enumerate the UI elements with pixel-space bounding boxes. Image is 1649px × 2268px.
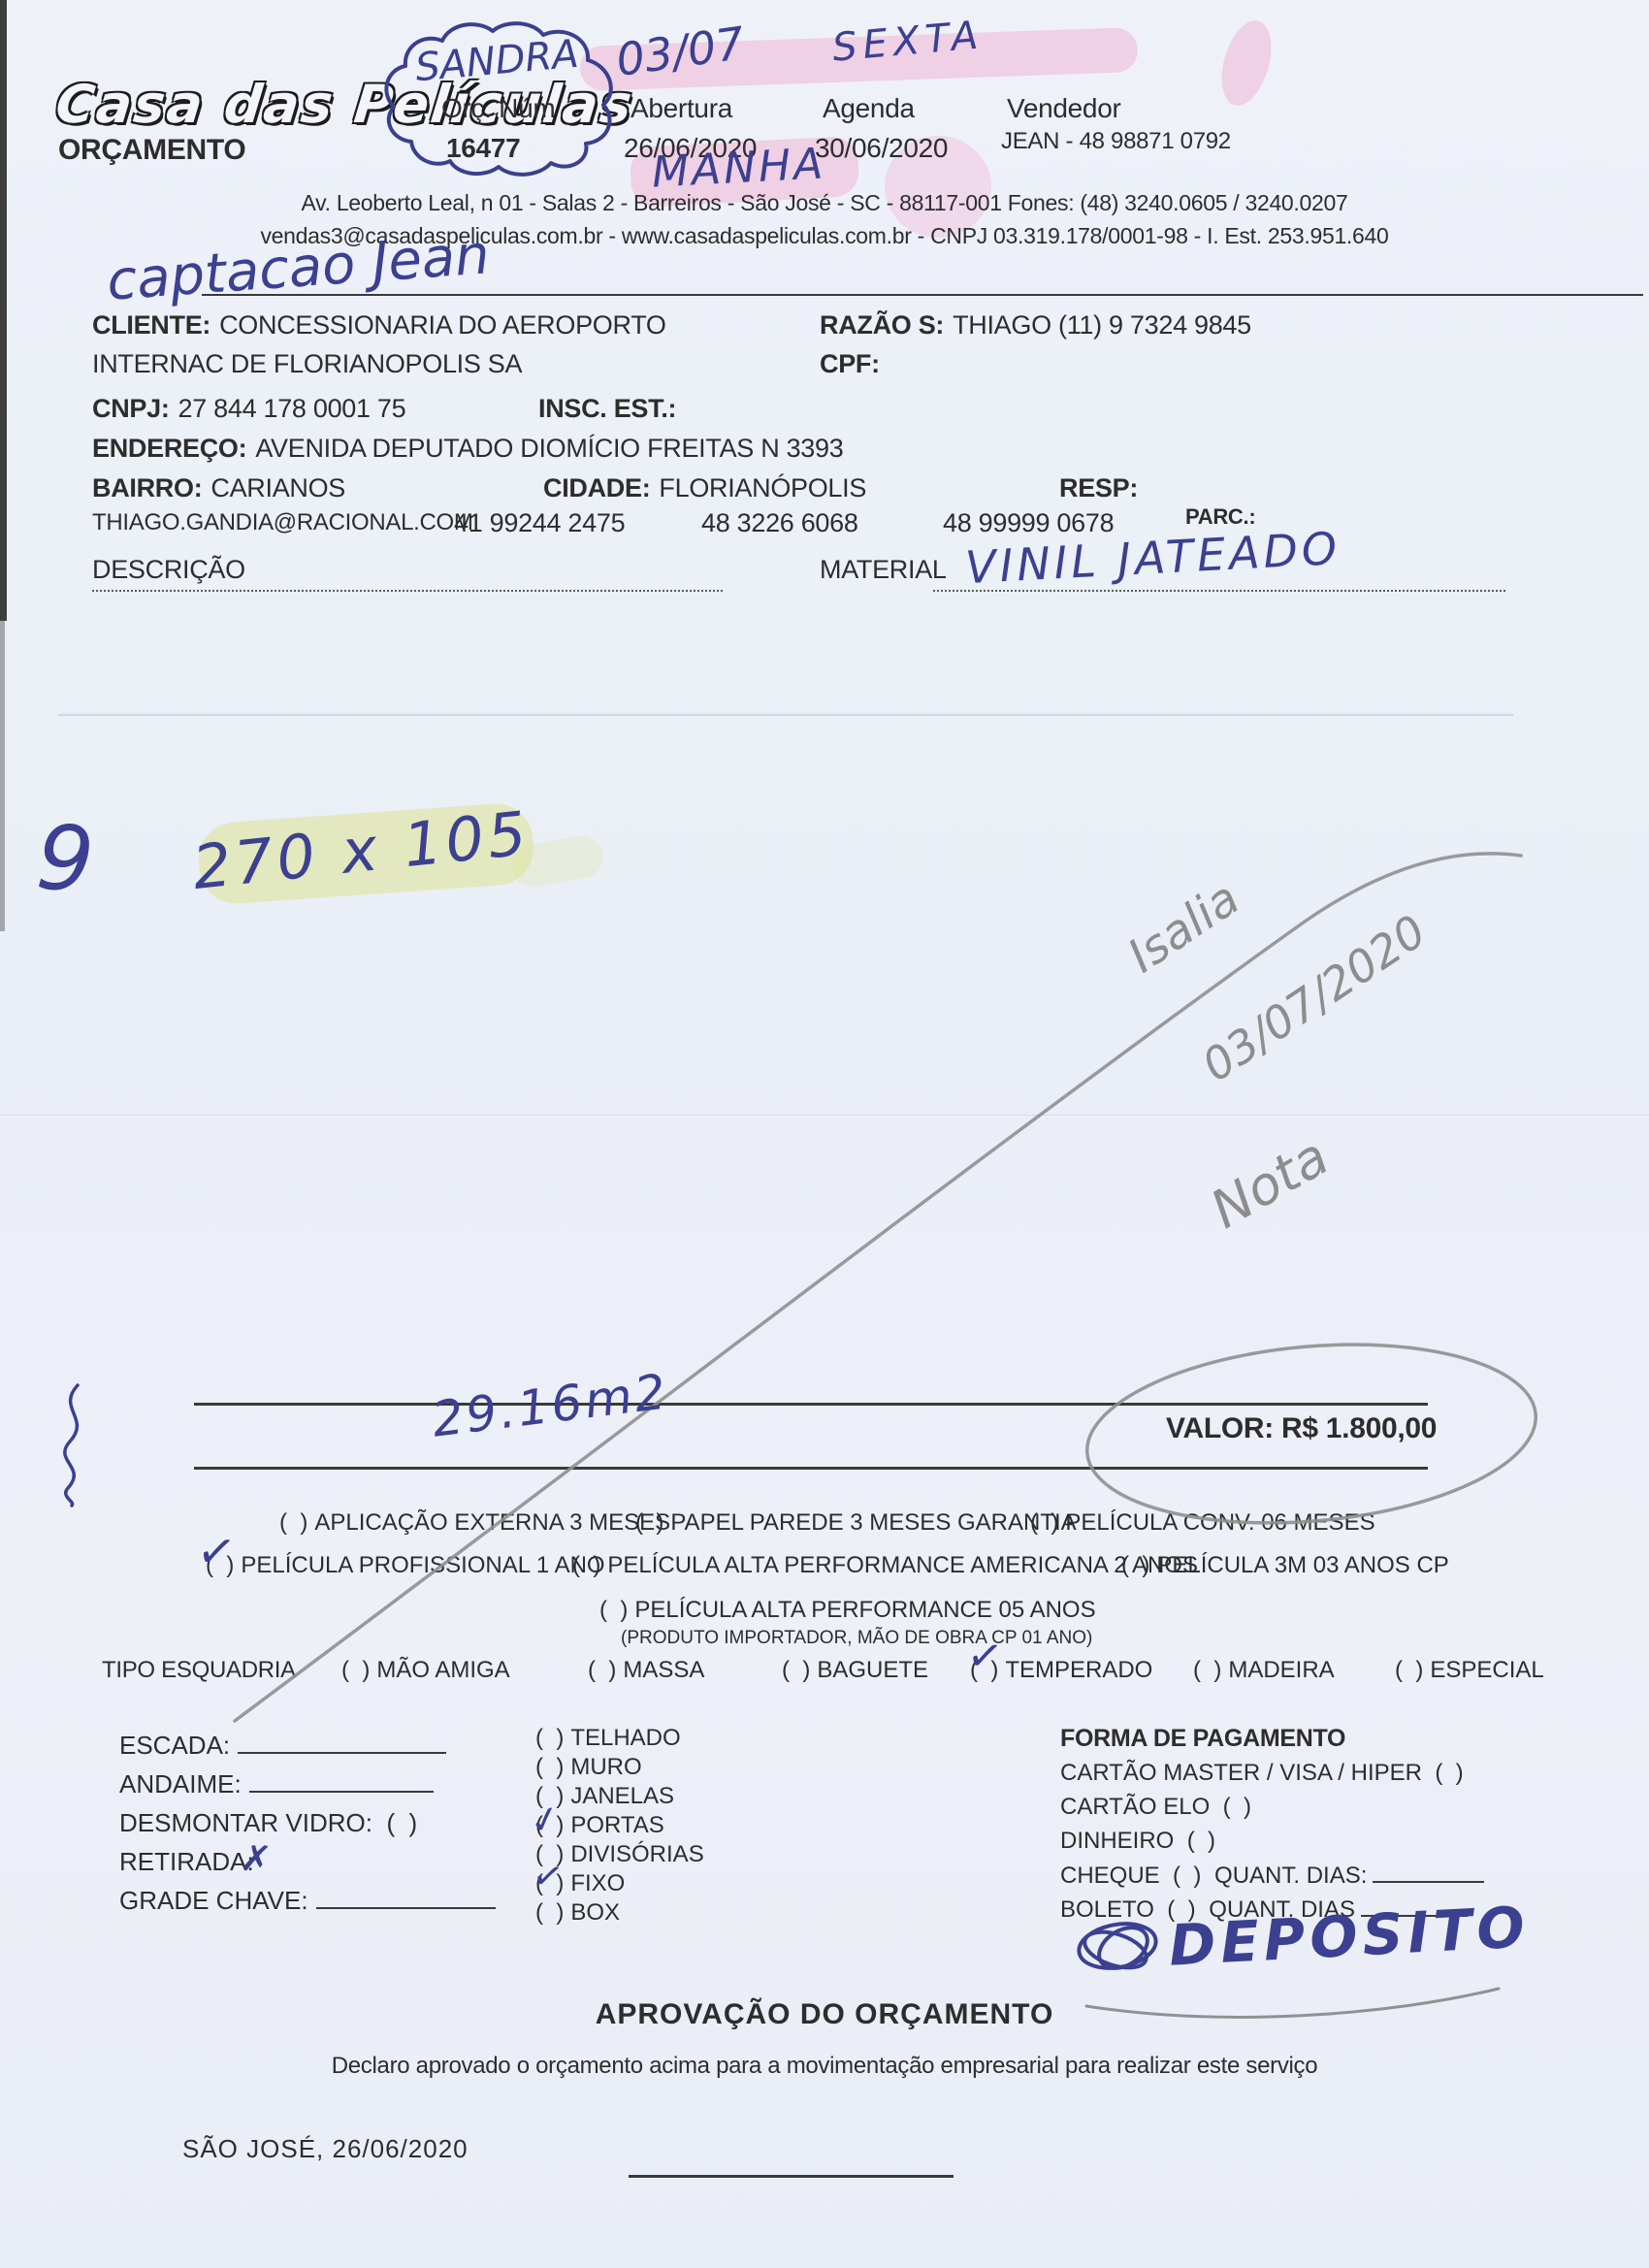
cliente-row: CLIENTE:CONCESSIONARIA DO AEROPORTO xyxy=(92,310,666,340)
checkbox-parens: ( ) xyxy=(1173,1863,1201,1889)
field-label: DESMONTAR VIDRO: xyxy=(119,1808,372,1837)
scan-edge-artifact xyxy=(0,0,7,621)
cliente-label: CLIENTE: xyxy=(92,310,210,340)
endereco-row: ENDEREÇO:AVENIDA DEPUTADO DIOMÍCIO FREIT… xyxy=(92,434,843,464)
blue-margin-scribble xyxy=(65,1385,78,1506)
handwritten-x-mark: ✗ xyxy=(239,1835,274,1881)
checkbox-parens: ( ) xyxy=(535,1754,564,1780)
scanned-budget-form: Casa das Películas ORÇAMENTO SANDRA Orç.… xyxy=(0,0,1649,2268)
agenda-label: Agenda xyxy=(823,93,915,124)
cnpj-label: CNPJ: xyxy=(92,394,170,423)
esquadria-label: TIPO ESQUADRIA xyxy=(102,1657,296,1684)
site-option: ( )MURO xyxy=(535,1754,642,1781)
warranty-option: ( )PELÍCULA ALTA PERFORMANCE 05 ANOS xyxy=(599,1597,1096,1624)
resp-label: RESP: xyxy=(1059,473,1138,503)
option-label: DINHEIRO xyxy=(1060,1828,1174,1854)
checkbox-parens: ( ) xyxy=(1223,1794,1251,1820)
handwritten-area: 29.16m2 xyxy=(429,1363,671,1447)
client-phone-3: 48 99999 0678 xyxy=(943,508,1114,538)
site-field-retirada-marked: RETIRADA: xyxy=(119,1847,254,1877)
site-field-grade-chave: GRADE CHAVE: xyxy=(119,1886,496,1916)
vendedor-label: Vendedor xyxy=(1007,93,1121,124)
checkbox-parens: ( ) xyxy=(782,1657,810,1683)
signature-line xyxy=(629,2175,954,2178)
option-label: TELHADO xyxy=(570,1725,680,1751)
warranty-option-checked: ( )PELÍCULA PROFISSIONAL 1 ANO xyxy=(206,1552,605,1579)
agenda-value: 30/06/2020 xyxy=(815,133,948,164)
option-label: JANELAS xyxy=(570,1783,674,1809)
company-address-line: Av. Leoberto Leal, n 01 - Salas 2 - Barr… xyxy=(29,190,1620,216)
blank-line xyxy=(316,1888,496,1909)
checkbox-parens: ( ) xyxy=(572,1552,600,1578)
option-label: MÃO AMIGA xyxy=(376,1657,509,1683)
descricao-line-2 xyxy=(58,714,1513,716)
material-label: MATERIAL xyxy=(820,555,947,585)
bairro-value: CARIANOS xyxy=(210,473,345,502)
option-label: BOX xyxy=(570,1899,620,1926)
checkbox-parens: ( ) xyxy=(1187,1828,1215,1854)
option-label: MURO xyxy=(570,1754,641,1780)
option-label: FIXO xyxy=(570,1870,625,1896)
checkbox-parens: ( ) xyxy=(599,1597,628,1623)
city-date: SÃO JOSÉ, 26/06/2020 xyxy=(182,2134,469,2164)
handwritten-quantity: 9 xyxy=(33,805,97,913)
pink-highlight xyxy=(1212,15,1279,111)
esquadria-option: ( )MASSA xyxy=(588,1657,704,1684)
client-phone-1: 41 99244 2475 xyxy=(454,508,625,538)
checkbox-parens: ( ) xyxy=(279,1509,307,1536)
checkbox-parens: ( ) xyxy=(386,1808,417,1837)
descricao-label: DESCRIÇÃO xyxy=(92,555,245,585)
payment-option: DINHEIRO ( ) xyxy=(1060,1828,1222,1855)
warranty-option: ( )PELÍCULA 3M 03 ANOS CP xyxy=(1121,1552,1449,1579)
pencil-nota-note: Nota xyxy=(1201,1125,1339,1240)
handwritten-shift: MANHA xyxy=(651,139,827,197)
site-option: ( )TELHADO xyxy=(535,1725,681,1752)
checkbox-parens: ( ) xyxy=(1193,1657,1221,1683)
pencil-date-note: 03/07/2020 xyxy=(1193,904,1436,1091)
insc-est-label: INSC. EST.: xyxy=(538,394,676,424)
cidade-row: CIDADE:FLORIANÓPOLIS xyxy=(543,473,866,503)
site-field-desmontar-vidro: DESMONTAR VIDRO: ( ) xyxy=(119,1808,424,1838)
field-label: RETIRADA: xyxy=(119,1847,254,1876)
vendedor-value: JEAN - 48 98871 0792 xyxy=(1001,128,1231,155)
blue-scribble xyxy=(1076,1918,1159,1973)
valor-total: VALOR: R$ 1.800,00 xyxy=(1166,1412,1437,1445)
abertura-label: Abertura xyxy=(630,93,732,124)
option-label: CARTÃO ELO xyxy=(1060,1794,1210,1820)
site-option: ( )BOX xyxy=(535,1899,620,1927)
endereco-value: AVENIDA DEPUTADO DIOMÍCIO FREITAS N 3393 xyxy=(255,434,843,463)
warranty-option: ( )APLICAÇÃO EXTERNA 3 MESES xyxy=(279,1509,670,1537)
cnpj-row: CNPJ:27 844 178 0001 75 xyxy=(92,394,405,424)
handwritten-check: ✓ xyxy=(964,1630,1007,1684)
checkbox-parens: ( ) xyxy=(1030,1509,1058,1536)
option-label: PELÍCULA CONV. 06 MESES xyxy=(1065,1509,1374,1536)
bairro-row: BAIRRO:CARIANOS xyxy=(92,473,345,503)
paper-crease xyxy=(0,1115,1649,1116)
cpf-label: CPF: xyxy=(820,349,880,379)
esquadria-option: ( )MADEIRA xyxy=(1193,1657,1335,1684)
quant-dias-label: QUANT. DIAS: xyxy=(1214,1863,1367,1889)
warranty-option: ( )PAPEL PAREDE 3 MESES GARANTIA xyxy=(635,1509,1077,1537)
scan-edge-artifact xyxy=(0,621,5,931)
option-label: ESPECIAL xyxy=(1430,1657,1543,1683)
option-label: PORTAS xyxy=(570,1812,663,1838)
option-label: CARTÃO MASTER / VISA / HIPER xyxy=(1060,1760,1422,1786)
blank-line xyxy=(238,1733,446,1754)
client-phone-2: 48 3226 6068 xyxy=(701,508,858,538)
checkbox-parens: ( ) xyxy=(535,1725,564,1751)
checkbox-parens: ( ) xyxy=(588,1657,616,1683)
checkbox-parens: ( ) xyxy=(635,1509,663,1536)
esquadria-option: ( )MÃO AMIGA xyxy=(341,1657,510,1684)
client-email: THIAGO.GANDIA@RACIONAL.COM xyxy=(92,509,473,536)
option-label: PELÍCULA ALTA PERFORMANCE 05 ANOS xyxy=(634,1597,1095,1623)
payment-option: CARTÃO ELO ( ) xyxy=(1060,1794,1258,1821)
razao-row: RAZÃO S:THIAGO (11) 9 7324 9845 xyxy=(820,310,1251,340)
cnpj-value: 27 844 178 0001 75 xyxy=(178,394,406,423)
warranty-option: ( )PELÍCULA ALTA PERFORMANCE AMERICANA 2… xyxy=(572,1552,1198,1579)
approval-title: APROVAÇÃO DO ORÇAMENTO xyxy=(29,1998,1620,2031)
esquadria-option: ( )ESPECIAL xyxy=(1395,1657,1544,1684)
cidade-value: FLORIANÓPOLIS xyxy=(659,473,866,502)
option-label: PAPEL PAREDE 3 MESES GARANTIA xyxy=(670,1509,1076,1536)
handwritten-check: ✓ xyxy=(193,1522,240,1581)
option-label: BAGUETE xyxy=(817,1657,928,1683)
option-label: MADEIRA xyxy=(1228,1657,1334,1683)
option-label: PELÍCULA PROFISSIONAL 1 ANO xyxy=(241,1552,604,1578)
section-divider xyxy=(202,294,1643,296)
checkbox-parens: ( ) xyxy=(1435,1760,1463,1786)
option-label: MASSA xyxy=(623,1657,704,1683)
warranty-option: ( )PELÍCULA CONV. 06 MESES xyxy=(1030,1509,1375,1537)
option-label: PELÍCULA ALTA PERFORMANCE AMERICANA 2 AN… xyxy=(607,1552,1198,1578)
blank-line xyxy=(1373,1862,1484,1883)
cliente-line2: INTERNAC DE FLORIANOPOLIS SA xyxy=(92,349,522,379)
payment-option: CHEQUE ( ) QUANT. DIAS: xyxy=(1060,1862,1484,1890)
esquadria-option: ( )BAGUETE xyxy=(782,1657,928,1684)
option-label: DIVISÓRIAS xyxy=(570,1841,703,1867)
bairro-label: BAIRRO: xyxy=(92,473,202,502)
cidade-label: CIDADE: xyxy=(543,473,650,502)
blue-scribble xyxy=(1092,1919,1155,1976)
option-label: APLICAÇÃO EXTERNA 3 MESES xyxy=(314,1509,670,1536)
option-label: CHEQUE xyxy=(1060,1863,1160,1889)
option-label: TEMPERADO xyxy=(1005,1657,1152,1683)
cliente-value: CONCESSIONARIA DO AEROPORTO xyxy=(219,310,666,340)
checkbox-parens: ( ) xyxy=(341,1657,370,1683)
option-label: BOLETO xyxy=(1060,1896,1154,1923)
checkbox-parens: ( ) xyxy=(1395,1657,1423,1683)
endereco-label: ENDEREÇO: xyxy=(92,434,246,463)
document-type-title: ORÇAMENTO xyxy=(58,134,245,167)
orc-num-value: 16477 xyxy=(446,133,520,164)
pencil-signature-name: Isalia xyxy=(1118,871,1249,984)
blank-line xyxy=(249,1771,434,1793)
warranty-option-subnote: (PRODUTO IMPORTADOR, MÃO DE OBRA CP 01 A… xyxy=(621,1628,1092,1649)
payment-title: FORMA DE PAGAMENTO xyxy=(1060,1725,1345,1753)
field-label: ESCADA: xyxy=(119,1731,230,1760)
orc-num-label: Orç. Núm xyxy=(441,93,555,124)
blue-scribble xyxy=(1081,1926,1151,1975)
site-field-andaime: ANDAIME: xyxy=(119,1769,434,1799)
site-field-escada: ESCADA: xyxy=(119,1731,446,1761)
approval-declaration: Declaro aprovado o orçamento acima para … xyxy=(29,2053,1620,2080)
payment-option: CARTÃO MASTER / VISA / HIPER ( ) xyxy=(1060,1760,1471,1787)
razao-label: RAZÃO S: xyxy=(820,310,944,340)
checkbox-parens: ( ) xyxy=(535,1899,564,1926)
valor-bottom-rule xyxy=(194,1467,1428,1470)
valor-top-rule xyxy=(194,1403,1428,1406)
field-label: ANDAIME: xyxy=(119,1769,242,1798)
field-label: GRADE CHAVE: xyxy=(119,1886,308,1915)
checkbox-parens: ( ) xyxy=(1121,1552,1149,1578)
option-label: PELÍCULA 3M 03 ANOS CP xyxy=(1156,1552,1448,1578)
razao-value: THIAGO (11) 9 7324 9845 xyxy=(953,310,1251,340)
